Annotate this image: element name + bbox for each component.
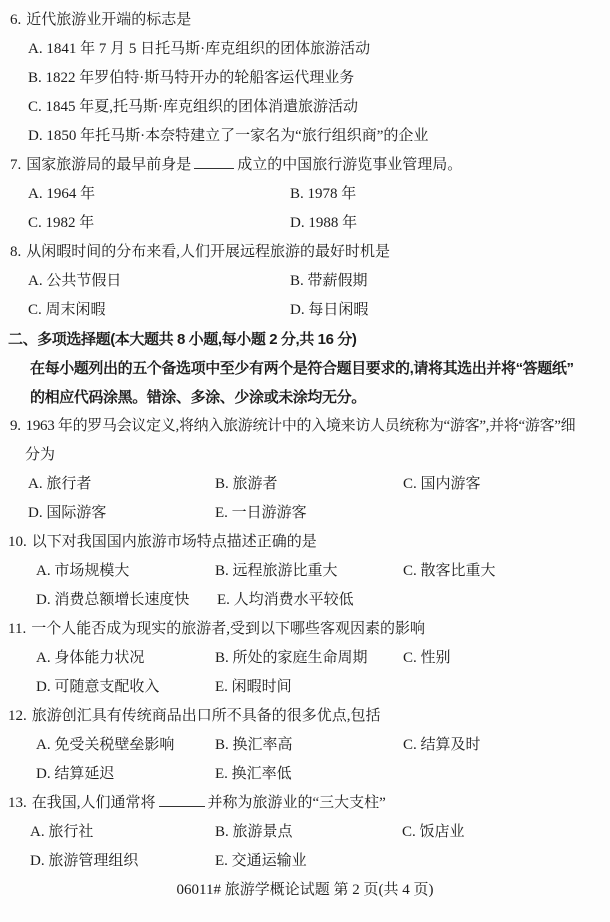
question-9-text-line-1: 1963 年的罗马会议定义,将纳入旅游统计中的入境来访人员统称为“游客”,并将“…	[26, 418, 576, 434]
question-13-number: 13.	[8, 795, 27, 811]
option-13-d: D. 旅游管理组织	[30, 847, 138, 876]
page-footer: 06011# 旅游学概论试题 第 2 页(共 4 页)	[0, 876, 610, 905]
question-7-text-before: 国家旅游局的最早前身是	[26, 157, 191, 173]
question-13: 13.在我国,人们通常将并称为旅游业的“三大支柱”	[0, 789, 610, 818]
option-11-e: E. 闲暇时间	[215, 673, 292, 702]
option-10-d: D. 消费总额增长速度快	[36, 586, 189, 615]
option-9-a: A. 旅行者	[28, 470, 91, 499]
option-9-d: D. 国际游客	[28, 499, 106, 528]
option-8-d: D. 每日闲暇	[290, 296, 368, 325]
question-12-options-row-1: A. 免受关税壁垒影响 B. 换汇率高 C. 结算及时	[0, 731, 610, 760]
question-11-text: 一个人能否成为现实的旅游者,受到以下哪些客观因素的影响	[31, 621, 425, 637]
option-8-b: B. 带薪假期	[290, 267, 368, 296]
option-6-c: C. 1845 年夏,托马斯·库克组织的团体消遣旅游活动	[0, 93, 610, 122]
option-7-c: C. 1982 年	[28, 209, 94, 238]
question-11-options-row-2: D. 可随意支配收入 E. 闲暇时间	[0, 673, 610, 702]
fill-in-blank	[194, 156, 234, 169]
question-8-options-row-2: C. 周末闲暇 D. 每日闲暇	[0, 296, 610, 325]
question-7-options-row-1: A. 1964 年 B. 1978 年	[0, 180, 610, 209]
option-12-a: A. 免受关税壁垒影响	[36, 731, 174, 760]
option-7-b: B. 1978 年	[290, 180, 356, 209]
option-10-c: C. 散客比重大	[403, 557, 496, 586]
question-7-text-after: 成立的中国旅行游览事业管理局。	[237, 157, 462, 173]
question-8-options-row-1: A. 公共节假日 B. 带薪假期	[0, 267, 610, 296]
question-11-options-row-1: A. 身体能力状况 B. 所处的家庭生命周期 C. 性别	[0, 644, 610, 673]
question-9: 9.1963 年的罗马会议定义,将纳入旅游统计中的入境来访人员统称为“游客”,并…	[0, 412, 610, 441]
question-8: 8.从闲暇时间的分布来看,人们开展远程旅游的最好时机是	[0, 238, 610, 267]
section-2-title: 二、多项选择题(本大题共 8 小题,每小题 2 分,共 16 分)	[0, 325, 610, 354]
question-13-text-after: 并称为旅游业的“三大支柱”	[208, 795, 386, 811]
option-10-b: B. 远程旅游比重大	[215, 557, 338, 586]
question-6: 6.近代旅游业开端的标志是	[0, 6, 610, 35]
question-7: 7.国家旅游局的最早前身是成立的中国旅行游览事业管理局。	[0, 151, 610, 180]
question-10-number: 10.	[8, 534, 27, 550]
option-10-e: E. 人均消费水平较低	[217, 586, 354, 615]
option-8-c: C. 周末闲暇	[28, 296, 106, 325]
question-9-number: 9.	[10, 418, 21, 434]
fill-in-blank	[159, 794, 205, 807]
question-13-options-row-1: A. 旅行社 B. 旅游景点 C. 饭店业	[0, 818, 610, 847]
option-12-b: B. 换汇率高	[215, 731, 293, 760]
question-6-number: 6.	[10, 12, 21, 28]
section-2-instructions-line-1: 在每小题列出的五个备选项中至少有两个是符合题目要求的,请将其选出并将“答题纸”	[0, 354, 610, 383]
question-12-options-row-2: D. 结算延迟 E. 换汇率低	[0, 760, 610, 789]
option-7-d: D. 1988 年	[290, 209, 357, 238]
question-10-options-row-2: D. 消费总额增长速度快 E. 人均消费水平较低	[0, 586, 610, 615]
option-6-d: D. 1850 年托马斯·本奈特建立了一家名为“旅行组织商”的企业	[0, 122, 610, 151]
option-6-a: A. 1841 年 7 月 5 日托马斯·库克组织的团体旅游活动	[0, 35, 610, 64]
question-8-text: 从闲暇时间的分布来看,人们开展远程旅游的最好时机是	[26, 244, 390, 260]
question-11-number: 11.	[8, 621, 26, 637]
question-8-number: 8.	[10, 244, 21, 260]
question-6-text: 近代旅游业开端的标志是	[26, 12, 191, 28]
option-12-e: E. 换汇率低	[215, 760, 292, 789]
question-10-text: 以下对我国国内旅游市场特点描述正确的是	[32, 534, 317, 550]
option-9-b: B. 旅游者	[215, 470, 278, 499]
question-12: 12.旅游创汇具有传统商品出口所不具备的很多优点,包括	[0, 702, 610, 731]
option-11-c: C. 性别	[403, 644, 451, 673]
exam-page: 6.近代旅游业开端的标志是 A. 1841 年 7 月 5 日托马斯·库克组织的…	[0, 0, 610, 922]
option-7-a: A. 1964 年	[28, 180, 95, 209]
option-11-d: D. 可随意支配收入	[36, 673, 159, 702]
option-8-a: A. 公共节假日	[28, 267, 121, 296]
option-6-b: B. 1822 年罗伯特·斯马特开办的轮船客运代理业务	[0, 64, 610, 93]
question-10-options-row-1: A. 市场规模大 B. 远程旅游比重大 C. 散客比重大	[0, 557, 610, 586]
option-10-a: A. 市场规模大	[36, 557, 129, 586]
option-11-b: B. 所处的家庭生命周期	[215, 644, 368, 673]
question-12-text: 旅游创汇具有传统商品出口所不具备的很多优点,包括	[32, 708, 381, 724]
section-2-instructions-line-2: 的相应代码涂黑。错涂、多涂、少涂或未涂均无分。	[0, 383, 610, 412]
question-9-options-row-2: D. 国际游客 E. 一日游游客	[0, 499, 610, 528]
question-12-number: 12.	[8, 708, 27, 724]
question-9-options-row-1: A. 旅行者 B. 旅游者 C. 国内游客	[0, 470, 610, 499]
option-11-a: A. 身体能力状况	[36, 644, 144, 673]
question-9-text-line-2: 分为	[0, 441, 610, 470]
option-12-c: C. 结算及时	[403, 731, 481, 760]
question-11: 11.一个人能否成为现实的旅游者,受到以下哪些客观因素的影响	[0, 615, 610, 644]
question-10: 10.以下对我国国内旅游市场特点描述正确的是	[0, 528, 610, 557]
option-12-d: D. 结算延迟	[36, 760, 114, 789]
question-7-number: 7.	[10, 157, 21, 173]
question-13-text-before: 在我国,人们通常将	[32, 795, 156, 811]
question-13-options-row-2: D. 旅游管理组织 E. 交通运输业	[0, 847, 610, 876]
option-13-e: E. 交通运输业	[215, 847, 307, 876]
option-9-c: C. 国内游客	[403, 470, 481, 499]
option-13-a: A. 旅行社	[30, 818, 93, 847]
option-9-e: E. 一日游游客	[215, 499, 307, 528]
option-13-c: C. 饭店业	[402, 818, 465, 847]
question-7-options-row-2: C. 1982 年 D. 1988 年	[0, 209, 610, 238]
option-13-b: B. 旅游景点	[215, 818, 293, 847]
